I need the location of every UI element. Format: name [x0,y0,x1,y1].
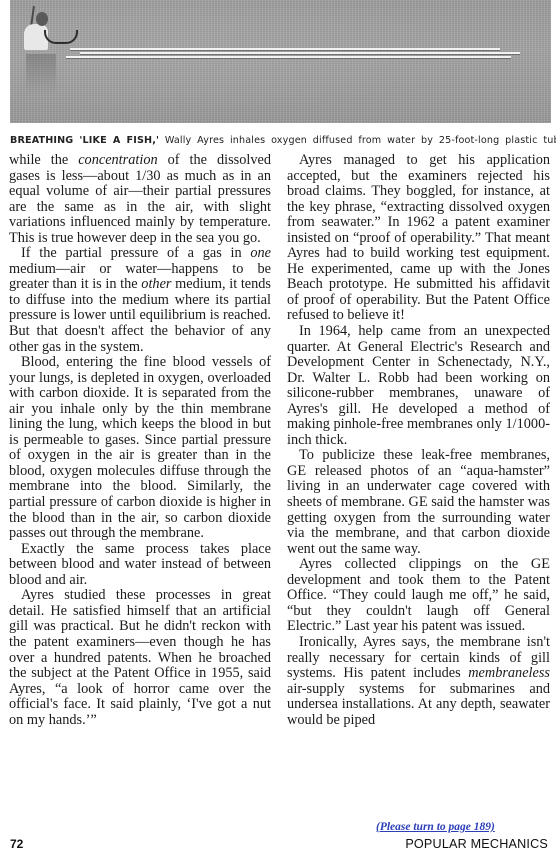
article-column-right: Ayres managed to get his application acc… [287,153,550,728]
page-number: 72 [10,837,23,851]
emphasis: other [141,276,171,292]
paragraph: Blood, entering the fine blood vessels o… [9,355,271,542]
text-run: air-supply systems for submarines and un… [287,681,550,728]
continued-on-page-link[interactable]: (Please turn to page 189) [376,821,495,833]
caption-lead: BREATHING 'LIKE A FISH,' [10,135,159,146]
emphasis: concentration [78,152,157,168]
paragraph: To publicize these leak-free membranes, … [287,448,550,557]
emphasis: one [250,245,271,261]
paragraph: Ayres managed to get his application acc… [287,153,550,324]
photo-grain [10,0,551,123]
text-run: If the partial pressure of a gas in [21,245,250,261]
photo-plastic-tube [70,48,500,50]
paragraph: Exactly the same process takes place bet… [9,542,271,589]
paragraph: If the partial pressure of a gas in one … [9,246,271,355]
paragraph: In 1964, help came from an unexpected qu… [287,324,550,448]
photo-plastic-tube [66,56,511,58]
photo-man-reflection [26,54,56,94]
photo-caption: BREATHING 'LIKE A FISH,' Wally Ayres inh… [10,135,551,147]
caption-text: Wally Ayres inhales oxygen diffused from… [159,135,556,146]
article-photo [10,0,551,123]
photo-plastic-tube [80,52,520,54]
paragraph: Ayres studied these processes in great d… [9,588,271,728]
article-column-left: while the concentration of the dissolved… [9,153,271,728]
paragraph: Ayres collected clippings on the GE deve… [287,557,550,635]
text-run: while the [9,152,78,168]
magazine-name: POPULAR MECHANICS [405,837,548,851]
paragraph: Ironically, Ayres says, the membrane isn… [287,635,550,728]
emphasis: membraneless [468,665,550,681]
photo-man-head [36,12,48,26]
paragraph: while the concentration of the dissolved… [9,153,271,246]
